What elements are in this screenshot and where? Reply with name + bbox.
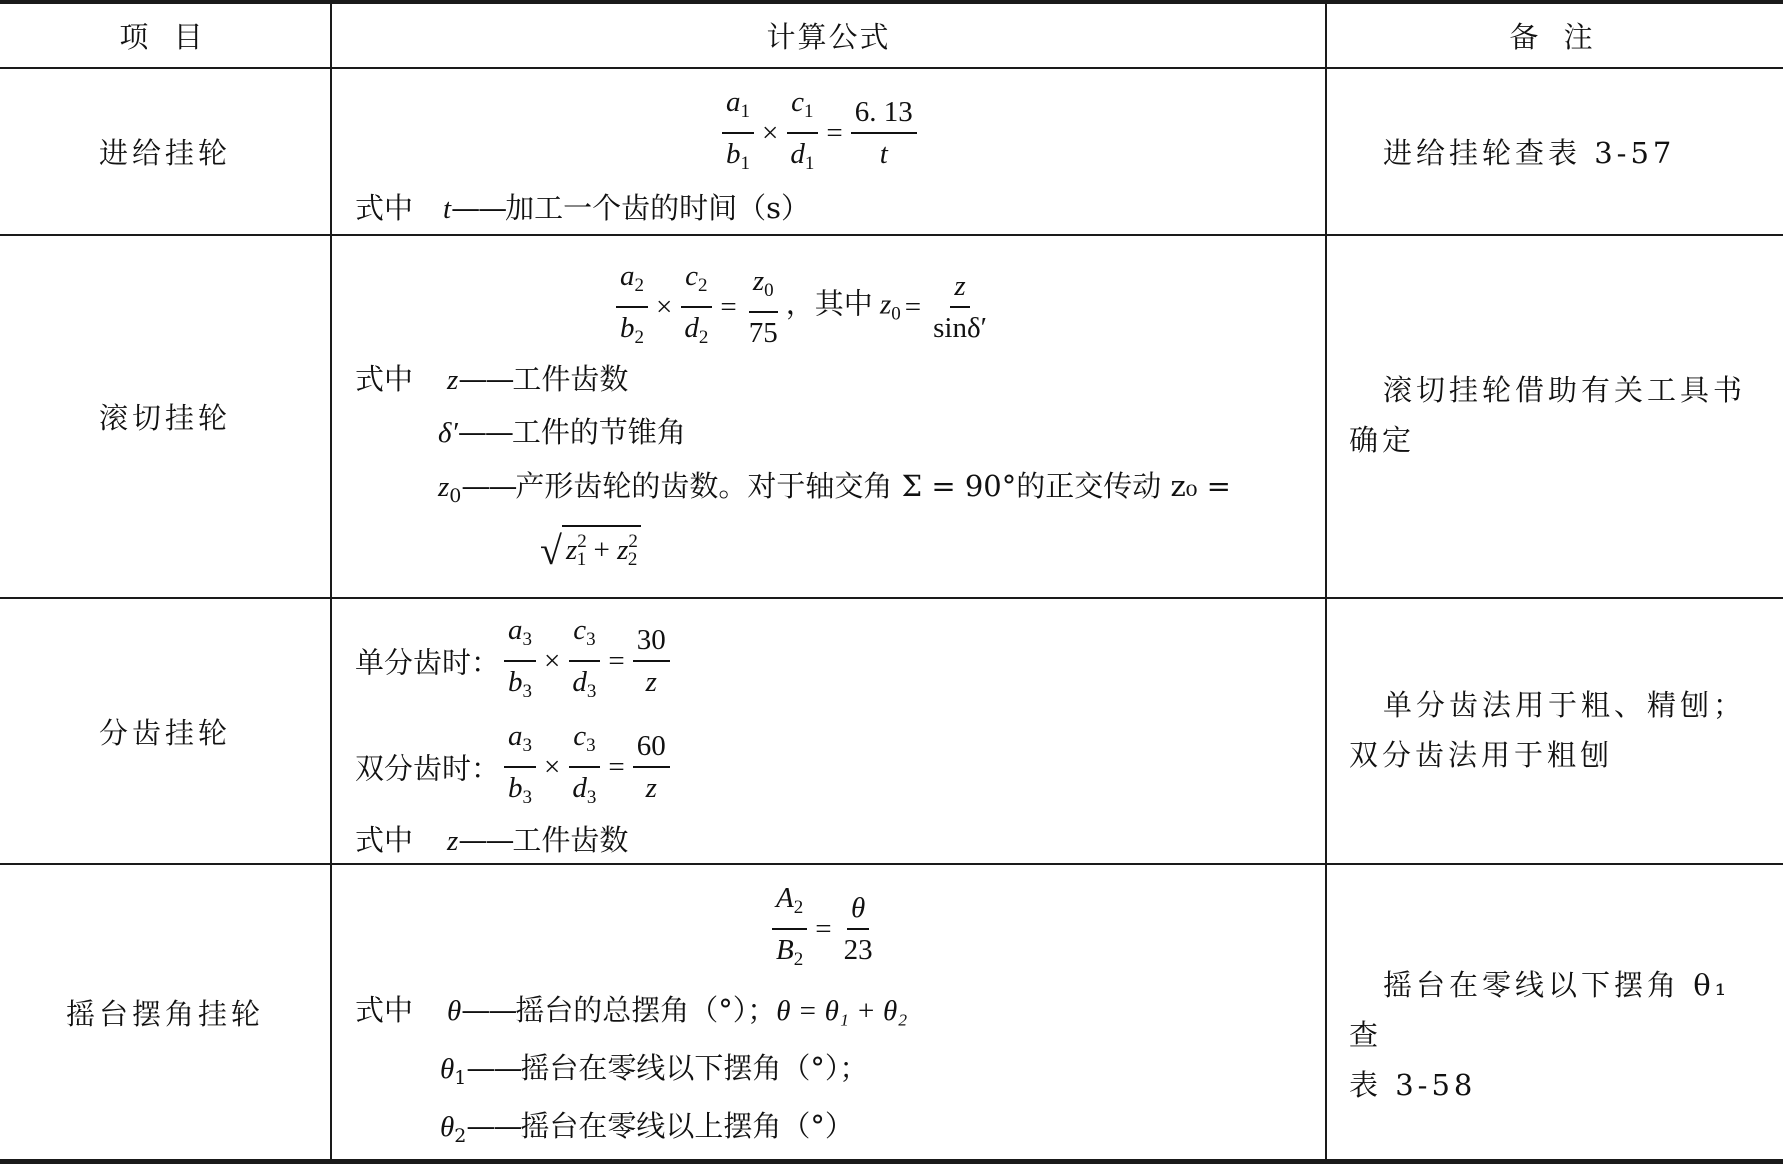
radical-sign: √ xyxy=(540,531,562,571)
equals-sign: = xyxy=(720,291,736,324)
sub: 2 xyxy=(794,949,804,970)
sub: 2 xyxy=(698,275,708,296)
numerator: 6. 13 xyxy=(851,94,917,134)
remark-text: 摇台在零线以下摆角 θ₁ 查 xyxy=(1349,968,1730,1052)
text: ，其中 xyxy=(786,289,873,321)
definition-text: 工件齿数 xyxy=(512,823,628,857)
symbol: z xyxy=(438,471,449,503)
header-item: 项 目 xyxy=(0,4,330,67)
remark-text: 滚切挂轮借助有关工具书 xyxy=(1383,373,1746,407)
definition-line: θ2——摇台在零线以上摆角（°） xyxy=(440,1104,854,1147)
sub: 3 xyxy=(523,787,533,808)
symbol: δ′ xyxy=(438,417,458,449)
remark-feed-gear: 进给挂轮查表 3-57 xyxy=(1327,128,1783,178)
var: d xyxy=(572,666,587,698)
definition-line: 式中θ——摇台的总摆角（°）；θ = θ₁ + θ₂ xyxy=(355,988,907,1029)
formula-cradle-swing-gear: A2B2=θ23 xyxy=(768,880,881,978)
item-cradle-swing-gear: 摇台摆角挂轮 xyxy=(0,865,330,1159)
remark-cradle-swing-gear: 摇台在零线以下摆角 θ₁ 查 表 3-58 xyxy=(1327,960,1783,1110)
var: z xyxy=(566,534,577,566)
remark-text: 双分齿法用于粗刨 xyxy=(1349,730,1769,780)
definition-line: 式中z——工件齿数 xyxy=(355,818,628,859)
definition-line: 式中t——加工一个齿的时间（s） xyxy=(355,186,810,227)
label: 单分齿时： xyxy=(355,648,500,680)
var: B xyxy=(776,934,794,966)
sub: 1 xyxy=(741,153,751,174)
definition-text: 工件的节锥角 xyxy=(512,415,686,449)
sub: 0 xyxy=(891,304,901,325)
numerator: θ xyxy=(847,890,869,930)
dash: —— xyxy=(451,191,505,225)
denominator: 23 xyxy=(840,930,877,968)
var: c xyxy=(685,260,698,292)
var: A xyxy=(776,882,794,914)
sub: 0 xyxy=(764,280,774,301)
sqrt-expression: √z21 + z22 xyxy=(540,525,641,572)
item-hobbing-gear: 滚切挂轮 xyxy=(0,236,330,597)
symbol: θ xyxy=(440,1053,454,1085)
gear-train-formula-table: 项 目 计算公式 备 注 进给挂轮 a1b1×c1d1=6. 13t 式中t——… xyxy=(0,0,1783,1164)
sub: 2 xyxy=(635,275,645,296)
var: a xyxy=(508,614,523,646)
label: 双分齿时： xyxy=(355,754,500,786)
var: a xyxy=(726,86,741,118)
remark-text: 进给挂轮查表 3-57 xyxy=(1383,136,1675,170)
var: c xyxy=(791,86,804,118)
sub: 1 xyxy=(454,1067,466,1089)
definition-line: δ′——工件的节锥角 xyxy=(438,410,686,451)
numerator: 60 xyxy=(633,728,670,768)
bottom-border xyxy=(0,1159,1783,1164)
item-feed-gear: 进给挂轮 xyxy=(0,69,330,234)
dash: —— xyxy=(461,993,515,1027)
sub: 3 xyxy=(587,787,597,808)
symbol: z xyxy=(447,364,458,396)
symbol: z xyxy=(447,825,458,857)
var: a xyxy=(508,720,523,752)
formula-single-indexing: 单分齿时：a3b3×c3d3=30z xyxy=(355,612,674,710)
sub: 3 xyxy=(587,681,597,702)
definition-text: 摇台在零线以上摆角（°） xyxy=(520,1109,854,1143)
equals-sign: = xyxy=(905,291,921,324)
symbol: θ xyxy=(447,995,461,1027)
definition-line: 式中z——工件齿数 xyxy=(355,357,628,398)
item-indexing-gear: 分齿挂轮 xyxy=(0,599,330,863)
dash: —— xyxy=(466,1109,520,1143)
dash: —— xyxy=(458,823,512,857)
var: b xyxy=(726,138,741,170)
remark-text: 表 3-58 xyxy=(1349,1060,1769,1110)
plus-sign: + xyxy=(594,534,610,566)
definition-line: θ1——摇台在零线以下摆角（°）； xyxy=(440,1046,868,1089)
formula-feed-gear: a1b1×c1d1=6. 13t xyxy=(718,84,921,182)
remark-text: 确定 xyxy=(1349,415,1769,465)
equals-sign: = xyxy=(608,645,624,678)
equals-sign: = xyxy=(826,117,842,150)
var: d xyxy=(790,138,805,170)
definition-text: 摇台的总摆角（°）； xyxy=(515,993,776,1027)
sub: 0 xyxy=(449,485,461,507)
dash: —— xyxy=(458,362,512,396)
sub: 2 xyxy=(628,549,638,570)
numerator: 30 xyxy=(633,622,670,662)
definition-text: 加工一个齿的时间（s） xyxy=(505,191,810,225)
var: z xyxy=(753,265,764,297)
sub: 1 xyxy=(804,101,814,122)
var: z xyxy=(880,289,891,321)
column-divider xyxy=(330,0,332,1164)
remark-hobbing-gear: 滚切挂轮借助有关工具书 确定 xyxy=(1327,365,1783,465)
remark-indexing-gear: 单分齿法用于粗、精刨； 双分齿法用于粗刨 xyxy=(1327,680,1783,780)
relation: θ = θ₁ + θ₂ xyxy=(776,995,907,1027)
denominator: 75 xyxy=(745,313,782,351)
var: c xyxy=(573,720,586,752)
times-sign: × xyxy=(762,117,778,150)
definition-line: z0——产形齿轮的齿数。对于轴交角 Σ = 90°的正交传动 z₀ = xyxy=(438,464,1231,507)
symbol: θ xyxy=(440,1111,454,1143)
dash: —— xyxy=(461,469,515,503)
formula-double-indexing: 双分齿时：a3b3×c3d3=60z xyxy=(355,718,674,816)
var: d xyxy=(572,772,587,804)
sub: 1 xyxy=(577,549,587,570)
var: b xyxy=(620,312,635,344)
sub: 1 xyxy=(805,153,815,174)
sub: 2 xyxy=(454,1125,466,1147)
equals-sign: = xyxy=(608,751,624,784)
where-label: 式中 xyxy=(355,191,413,225)
sub: 3 xyxy=(586,629,596,650)
symbol: t xyxy=(443,193,451,225)
formula-hobbing-gear: a2b2×c2d2=z075，其中 z0=zsinδ′ xyxy=(612,258,995,356)
times-sign: × xyxy=(544,751,560,784)
var: z xyxy=(617,534,628,566)
remark-text: 单分齿法用于粗、精刨； xyxy=(1383,688,1746,722)
denominator: t xyxy=(876,134,892,172)
dash: —— xyxy=(466,1051,520,1085)
where-label: 式中 xyxy=(355,823,413,857)
var: b xyxy=(508,666,523,698)
definition-text: 产形齿轮的齿数。对于轴交角 Σ = 90°的正交传动 z₀ = xyxy=(515,469,1231,503)
var: b xyxy=(508,772,523,804)
where-label: 式中 xyxy=(355,362,413,396)
sub: 3 xyxy=(586,735,596,756)
var: d xyxy=(684,312,699,344)
sub: 3 xyxy=(523,735,533,756)
times-sign: × xyxy=(544,645,560,678)
header-formula: 计算公式 xyxy=(332,4,1325,67)
sub: 2 xyxy=(699,327,709,348)
sub: 3 xyxy=(523,629,533,650)
dash: —— xyxy=(458,415,512,449)
header-remark: 备 注 xyxy=(1327,4,1783,67)
denominator: z xyxy=(642,662,661,700)
sub: 3 xyxy=(523,681,533,702)
equals-sign: = xyxy=(815,913,831,946)
sub: 2 xyxy=(794,897,804,918)
denominator: sinδ′ xyxy=(929,308,991,346)
numerator: z xyxy=(950,268,969,308)
var: a xyxy=(620,260,635,292)
times-sign: × xyxy=(656,291,672,324)
denominator: z xyxy=(642,768,661,806)
sub: 1 xyxy=(741,101,751,122)
definition-text: 摇台在零线以下摆角（°）； xyxy=(520,1051,868,1085)
sub: 2 xyxy=(635,327,645,348)
definition-text: 工件齿数 xyxy=(512,362,628,396)
where-label: 式中 xyxy=(355,993,413,1027)
var: c xyxy=(573,614,586,646)
